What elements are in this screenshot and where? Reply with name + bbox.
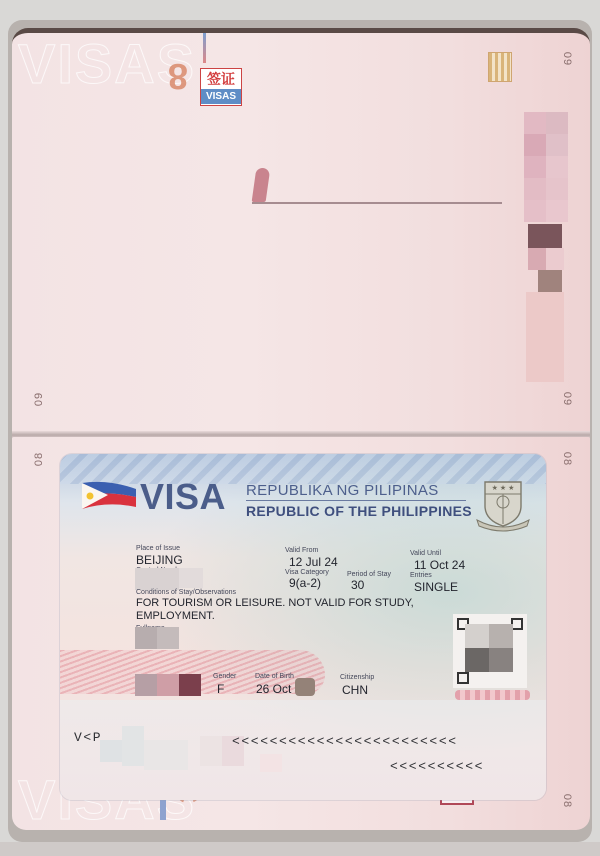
date-of-birth-label: Date of Birth bbox=[255, 673, 294, 680]
visa-sticker: VISA REPUBLIKA NG PILIPINAS REPUBLIC OF … bbox=[60, 454, 546, 800]
valid-until-value: 11 Oct 24 bbox=[414, 558, 465, 572]
guilloche-red-band-right bbox=[455, 690, 530, 700]
gender-label: Gender bbox=[213, 673, 236, 680]
svg-text:★ ★ ★: ★ ★ ★ bbox=[492, 484, 515, 492]
visa-category-label: Visa Category bbox=[285, 569, 329, 576]
country-name-english: REPUBLIC OF THE PHILIPPINES bbox=[246, 503, 472, 519]
page-number-top-left: 08 bbox=[33, 452, 45, 466]
mrz-line-2-filler: <<<<<<<<<< bbox=[390, 759, 484, 774]
philippine-flag-icon bbox=[78, 479, 138, 511]
passport-page-top: VISAS 8 09 09 09 bbox=[12, 28, 590, 438]
visas-badge-english: VISAS bbox=[201, 89, 241, 104]
page-big-number: 8 bbox=[168, 55, 188, 97]
period-of-stay-value: 30 bbox=[351, 578, 364, 592]
valid-from-value: 12 Jul 24 bbox=[289, 555, 338, 569]
scan-bottom-edge bbox=[0, 842, 600, 856]
redacted-passport-number bbox=[135, 674, 157, 696]
page-number-bottom-right: 09 bbox=[561, 392, 573, 406]
gold-emblem-icon bbox=[488, 52, 512, 82]
page-number-bottom-left: 09 bbox=[33, 392, 45, 406]
entries-label: Entries bbox=[410, 572, 432, 579]
redacted-fullname bbox=[157, 627, 179, 649]
redacted-passport-number bbox=[179, 674, 201, 696]
conditions-label: Conditions of Stay/Observations bbox=[136, 589, 236, 596]
security-stripe bbox=[203, 33, 206, 63]
mrz-line-1-filler: <<<<<<<<<<<<<<<<<<<<<<<< bbox=[232, 734, 458, 749]
page-number-bottom-right: 08 bbox=[561, 794, 573, 808]
redacted-passport-number bbox=[157, 674, 179, 696]
redacted-control-number bbox=[135, 568, 179, 590]
place-of-issue-label: Place of Issue bbox=[136, 545, 180, 552]
citizenship-label: Citizenship bbox=[340, 674, 374, 681]
coat-of-arms-icon: ★ ★ ★ bbox=[475, 476, 531, 534]
country-name-local: REPUBLIKA NG PILIPINAS bbox=[246, 482, 439, 499]
qr-code bbox=[453, 614, 527, 688]
redacted-birth-year bbox=[295, 678, 315, 696]
visas-badge: 签证 VISAS bbox=[200, 68, 242, 106]
citizenship-value: CHN bbox=[342, 683, 368, 697]
entries-value: SINGLE bbox=[414, 580, 458, 594]
valid-until-label: Valid Until bbox=[410, 550, 441, 557]
redacted-mrz bbox=[260, 754, 282, 772]
conditions-value: FOR TOURISM OR LEISURE. NOT VALID FOR ST… bbox=[136, 597, 436, 623]
redacted-control-number bbox=[179, 568, 203, 588]
page-number-top-right: 08 bbox=[561, 452, 573, 466]
stamp-line bbox=[252, 202, 502, 204]
mrz-line-1-prefix: V<P bbox=[74, 730, 102, 745]
visas-badge-chinese: 签证 bbox=[207, 69, 235, 89]
title-divider bbox=[246, 500, 466, 501]
date-of-birth-value: 26 Oct bbox=[256, 682, 291, 696]
valid-from-label: Valid From bbox=[285, 547, 318, 554]
gender-value: F bbox=[217, 682, 224, 696]
redacted-fullname bbox=[135, 627, 157, 649]
period-of-stay-label: Period of Stay bbox=[347, 571, 391, 578]
visa-category-value: 9(a-2) bbox=[289, 576, 321, 590]
page-number-top-right: 09 bbox=[561, 52, 573, 66]
place-of-issue-value: BEIJING bbox=[136, 553, 183, 567]
visa-title: VISA bbox=[140, 476, 226, 518]
